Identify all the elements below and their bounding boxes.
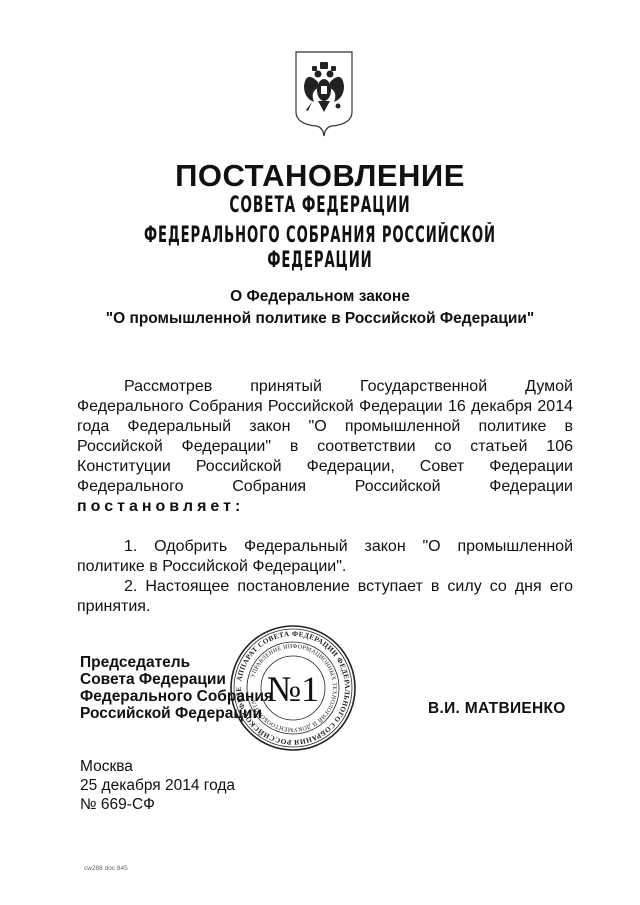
subject-line-1: О Федеральном законе bbox=[0, 288, 640, 306]
preamble-text: Рассмотрев принятый Государственной Думо… bbox=[77, 378, 573, 495]
preamble-paragraph: Рассмотрев принятый Государственной Думо… bbox=[77, 377, 573, 517]
subject-line-2: "О промышленной политике в Российской Фе… bbox=[0, 310, 640, 328]
resolves-keyword: постановляет: bbox=[77, 498, 244, 515]
svg-text:№1: №1 bbox=[267, 669, 319, 709]
city: Москва bbox=[80, 757, 235, 776]
resolution-item-1: 1. Одобрить Федеральный закон "О промышл… bbox=[77, 537, 573, 577]
official-stamp-icon: АППАРАТ СОВЕТА ФЕДЕРАЦИИ ФЕДЕРАЛЬНОГО СО… bbox=[228, 623, 358, 753]
resolution-item-2: 2. Настоящее постановление вступает в си… bbox=[77, 577, 573, 617]
signer-name: В.И. МАТВИЕНКО bbox=[428, 700, 566, 718]
document-title: ПОСТАНОВЛЕНИЕ bbox=[0, 158, 640, 194]
document-number: № 669-СФ bbox=[80, 795, 235, 814]
issuer-line-2: ФЕДЕРАЛЬНОГО СОБРАНИЯ РОССИЙСКОЙ ФЕДЕРАЦ… bbox=[128, 223, 512, 273]
issuer-line-1: СОВЕТА ФЕДЕРАЦИИ bbox=[122, 193, 519, 218]
date: 25 декабря 2014 года bbox=[80, 776, 235, 795]
file-code: cw288 doc 845 bbox=[84, 865, 128, 872]
coat-of-arms-icon bbox=[292, 46, 356, 138]
place-and-date: Москва 25 декабря 2014 года № 669-СФ bbox=[80, 757, 235, 814]
document-body: Рассмотрев принятый Государственной Думо… bbox=[77, 377, 573, 617]
